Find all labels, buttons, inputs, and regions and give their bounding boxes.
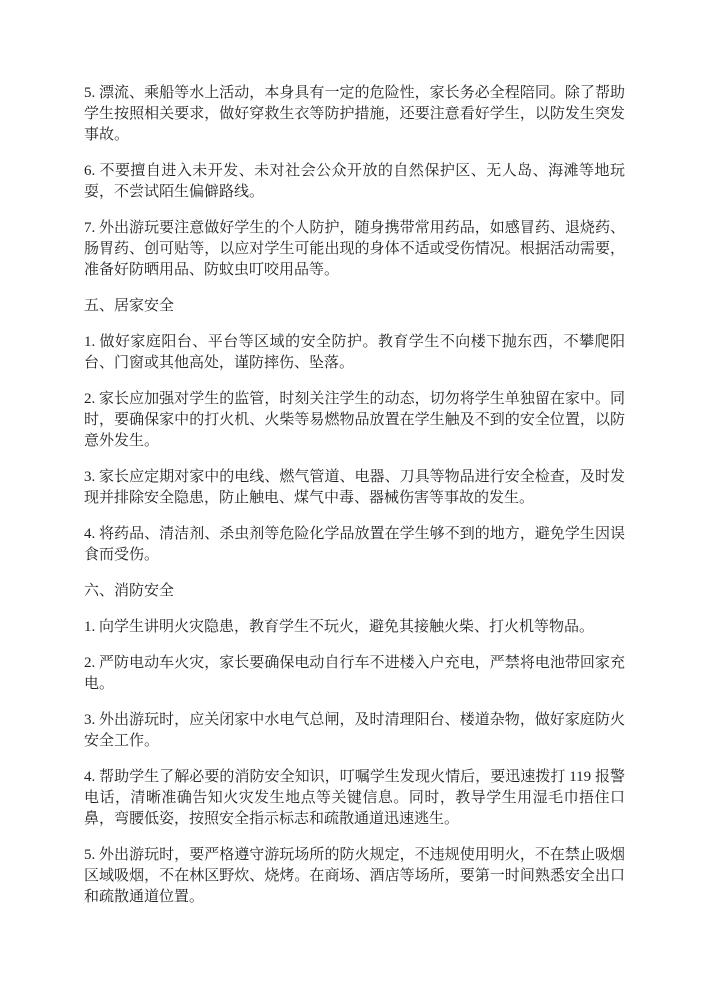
paragraph: 2. 家长应加强对学生的监管，时刻关注学生的动态，切勿将学生单独留在家中。同时，… xyxy=(84,389,625,452)
paragraph: 1. 向学生讲明火灾隐患，教育学生不玩火，避免其接触火柴、打火机等物品。 xyxy=(84,617,625,638)
document-body: 5. 漂流、乘船等水上活动，本身具有一定的危险性，家长务必全程陪同。除了帮助学生… xyxy=(84,83,625,908)
paragraph: 3. 外出游玩时，应关闭家中水电气总闸，及时清理阳台、楼道杂物，做好家庭防火安全… xyxy=(84,710,625,752)
paragraph: 2. 严防电动车火灾，家长要确保电动自行车不进楼入户充电，严禁将电池带回家充电。 xyxy=(84,653,625,695)
document-page: 5. 漂流、乘船等水上活动，本身具有一定的危险性，家长务必全程陪同。除了帮助学生… xyxy=(0,0,706,998)
paragraph: 5. 外出游玩时，要严格遵守游玩场所的防火规定，不违规使用明火，不在禁止吸烟区域… xyxy=(84,845,625,908)
paragraph: 4. 帮助学生了解必要的消防安全知识，叮嘱学生发现火情后，要迅速拨打 119 报… xyxy=(84,767,625,830)
section-heading: 五、居家安全 xyxy=(84,296,625,317)
section-heading: 六、消防安全 xyxy=(84,581,625,602)
paragraph: 5. 漂流、乘船等水上活动，本身具有一定的危险性，家长务必全程陪同。除了帮助学生… xyxy=(84,83,625,146)
paragraph: 1. 做好家庭阳台、平台等区域的安全防护。教育学生不向楼下抛东西，不攀爬阳台、门… xyxy=(84,332,625,374)
paragraph: 6. 不要擅自进入未开发、未对社会公众开放的自然保护区、无人岛、海滩等地玩耍，不… xyxy=(84,161,625,203)
paragraph: 3. 家长应定期对家中的电线、燃气管道、电器、刀具等物品进行安全检查，及时发现并… xyxy=(84,467,625,509)
paragraph: 7. 外出游玩要注意做好学生的个人防护，随身携带常用药品，如感冒药、退烧药、肠胃… xyxy=(84,218,625,281)
paragraph: 4. 将药品、清洁剂、杀虫剂等危险化学品放置在学生够不到的地方，避免学生因误食而… xyxy=(84,524,625,566)
